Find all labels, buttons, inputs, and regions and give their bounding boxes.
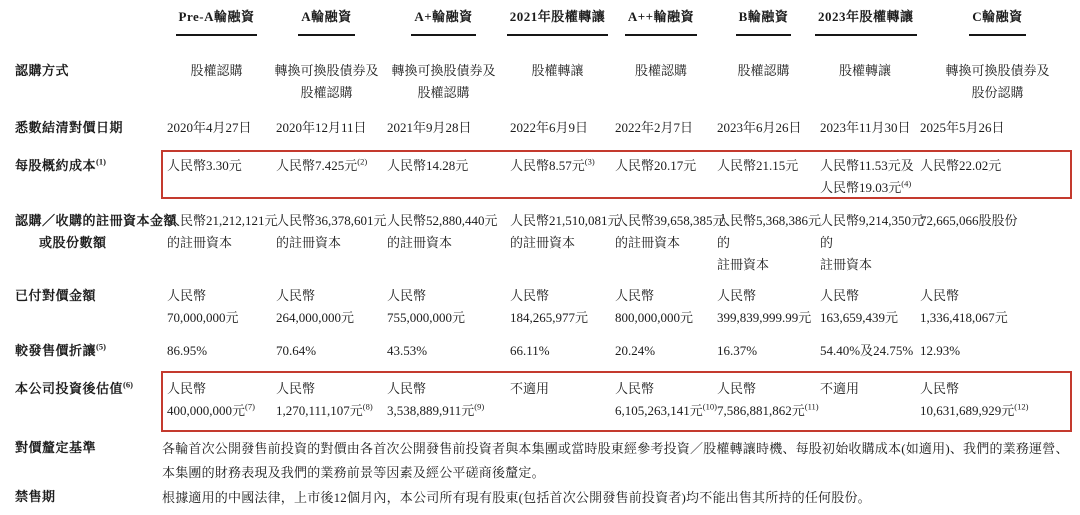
text-line: 800,000,000元	[615, 307, 712, 329]
column-header: 2023年股權轉讓	[815, 6, 915, 36]
text-line: 人民幣	[510, 285, 610, 307]
table-cell: 人民幣39,658,385元的註冊資本	[610, 210, 712, 254]
table-cell: 人民幣3.30元	[162, 155, 271, 177]
text-line: 66.11%	[510, 340, 610, 362]
text-line: 163,659,439元	[820, 307, 915, 329]
text-line: 股權認購	[162, 60, 271, 82]
column-header-label: 2023年股權轉讓	[815, 6, 917, 36]
text-line: 1,336,418,067元	[920, 307, 1080, 329]
text-line: 2020年12月11日	[276, 117, 382, 139]
text-line: 股權轉讓	[505, 60, 610, 82]
text-line: 2020年4月27日	[167, 117, 271, 139]
column-header: 2021年股權轉讓	[505, 6, 610, 36]
row-paragraph: 各輪首次公開發售前投資的對價由各首次公開發售前投資者與本集團或當時股東經參考投資…	[162, 437, 1079, 485]
footnote-marker: (1)	[96, 157, 106, 167]
column-header: Pre-A輪融資	[162, 6, 271, 36]
footnote-marker: (4)	[901, 179, 911, 189]
text-line: 72,665,066股股份	[920, 210, 1080, 232]
table-row: 禁售期根據適用的中國法律，上市後12個月內，本公司所有現有股東(包括首次公開發售…	[0, 486, 1080, 510]
text-line: 2021年9月28日	[387, 117, 505, 139]
text-line: 認購方式	[15, 60, 162, 82]
text-line: 人民幣	[276, 378, 382, 400]
column-header: A輪融資	[271, 6, 382, 36]
text-line: 的註冊資本	[615, 232, 712, 254]
text-line: 人民幣36,378,601元	[276, 210, 382, 232]
table-cell: 不適用	[505, 378, 610, 400]
footnote-marker: (8)	[363, 402, 373, 412]
text-line: 的註冊資本	[276, 232, 382, 254]
row-label: 認購／收購的註冊資本金額或股份數額	[0, 210, 162, 254]
column-header: A++輪融資	[610, 6, 712, 36]
text-line: 人民幣	[615, 285, 712, 307]
text-line: 禁售期	[15, 486, 162, 508]
row-label: 已付對價金額	[0, 285, 162, 307]
text-line: 2022年2月7日	[615, 117, 712, 139]
text-line: 70,000,000元	[167, 307, 271, 329]
footnote-marker: (3)	[585, 157, 595, 167]
column-header-label: C輪融資	[969, 6, 1025, 36]
table-cell: 股權轉讓	[505, 60, 610, 82]
table-cell: 2023年6月26日	[712, 117, 815, 139]
text-line: 較發售價折讓(5)	[15, 340, 162, 362]
row-label: 對價釐定基準	[0, 437, 162, 459]
table-cell: 人民幣7,586,881,862元(11)	[712, 378, 815, 422]
footnote-marker: (5)	[96, 342, 106, 352]
text-line: 的	[820, 232, 915, 254]
table-cell: 16.37%	[712, 340, 815, 362]
table-cell: 人民幣5,368,386元的註冊資本	[712, 210, 815, 276]
text-line: 不適用	[820, 378, 915, 400]
text-line: 264,000,000元	[276, 307, 382, 329]
table-row: 悉數結清對價日期2020年4月27日2020年12月11日2021年9月28日2…	[0, 117, 1080, 139]
table-row: 認購方式股權認購轉換可換股債券及股權認購轉換可換股債券及股權認購股權轉讓股權認購…	[0, 60, 1080, 104]
text-line: 人民幣	[717, 285, 815, 307]
text-line: 註冊資本	[820, 254, 915, 276]
text-line: 2023年6月26日	[717, 117, 815, 139]
text-line: 399,839,999.99元	[717, 307, 815, 329]
text-line: 人民幣	[167, 285, 271, 307]
table-cell: 人民幣11.53元及人民幣19.03元(4)	[815, 155, 915, 199]
text-line: 本公司投資後估值(6)	[15, 378, 162, 400]
table-cell: 人民幣21,510,081元的註冊資本	[505, 210, 610, 254]
text-line: 20.24%	[615, 340, 712, 362]
table-cell: 人民幣800,000,000元	[610, 285, 712, 329]
table-cell: 人民幣10,631,689,929元(12)	[915, 378, 1080, 422]
column-header: C輪融資	[915, 6, 1080, 36]
table-cell: 股權認購	[712, 60, 815, 82]
text-line: 人民幣19.03元(4)	[820, 177, 915, 199]
text-line: 轉換可換股債券及	[271, 60, 382, 82]
row-label: 禁售期	[0, 486, 162, 508]
table-row: 較發售價折讓(5)86.95%70.64%43.53%66.11%20.24%1…	[0, 340, 1080, 362]
footnote-marker: (9)	[474, 402, 484, 412]
text-line: 人民幣	[167, 378, 271, 400]
pre-ipo-investments-table: Pre-A輪融資A輪融資A+輪融資2021年股權轉讓A++輪融資B輪融資2023…	[0, 0, 1080, 515]
text-line: 人民幣3.30元	[167, 155, 271, 177]
table-cell: 人民幣8.57元(3)	[505, 155, 610, 177]
table-cell: 人民幣36,378,601元的註冊資本	[271, 210, 382, 254]
table-cell: 轉換可換股債券及股權認購	[382, 60, 505, 104]
text-line: 70.64%	[276, 340, 382, 362]
table-row: 已付對價金額人民幣70,000,000元人民幣264,000,000元人民幣75…	[0, 285, 1080, 329]
table-cell: 股權認購	[162, 60, 271, 82]
row-paragraph: 根據適用的中國法律，上市後12個月內，本公司所有現有股東(包括首次公開發售前投資…	[162, 486, 1079, 510]
text-line: 人民幣	[820, 285, 915, 307]
text-line: 人民幣	[920, 285, 1080, 307]
table-cell: 股權認購	[610, 60, 712, 82]
text-line: 人民幣	[920, 378, 1080, 400]
text-line: 人民幣21,510,081元	[510, 210, 610, 232]
text-line: 悉數結清對價日期	[15, 117, 162, 139]
text-line: 的	[717, 232, 815, 254]
table-cell: 人民幣1,270,111,107元(8)	[271, 378, 382, 422]
text-line: 12.93%	[920, 340, 1080, 362]
text-line: 股份認購	[915, 82, 1080, 104]
text-line: 對價釐定基準	[15, 437, 162, 459]
text-line: 轉換可換股債券及	[915, 60, 1080, 82]
text-line: 1,270,111,107元(8)	[276, 400, 382, 422]
table-cell: 70.64%	[271, 340, 382, 362]
row-label: 較發售價折讓(5)	[0, 340, 162, 362]
text-line: 10,631,689,929元(12)	[920, 400, 1080, 422]
row-label: 悉數結清對價日期	[0, 117, 162, 139]
table-cell: 人民幣163,659,439元	[815, 285, 915, 329]
text-line: 股權認購	[382, 82, 505, 104]
column-header-label: B輪融資	[736, 6, 792, 36]
table-cell: 轉換可換股債券及股份認購	[915, 60, 1080, 104]
footnote-marker: (7)	[245, 402, 255, 412]
text-line: 股權認購	[271, 82, 382, 104]
column-header-label: 2021年股權轉讓	[507, 6, 609, 36]
table-cell: 轉換可換股債券及股權認購	[271, 60, 382, 104]
text-line: 人民幣7.425元(2)	[276, 155, 382, 177]
text-line: 400,000,000元(7)	[167, 400, 271, 422]
text-line: 已付對價金額	[15, 285, 162, 307]
column-header-label: Pre-A輪融資	[176, 6, 258, 36]
table-cell: 86.95%	[162, 340, 271, 362]
column-header-label: A輪融資	[298, 6, 354, 36]
table-cell: 人民幣264,000,000元	[271, 285, 382, 329]
text-line: 43.53%	[387, 340, 505, 362]
row-label: 每股概約成本(1)	[0, 155, 162, 177]
column-header-label: A+輪融資	[411, 6, 475, 36]
text-line: 人民幣	[717, 378, 815, 400]
column-header: A+輪融資	[382, 6, 505, 36]
table-cell: 2020年12月11日	[271, 117, 382, 139]
row-label: 認購方式	[0, 60, 162, 82]
text-line: 人民幣20.17元	[615, 155, 712, 177]
table-cell: 人民幣1,336,418,067元	[915, 285, 1080, 329]
table-cell: 人民幣399,839,999.99元	[712, 285, 815, 329]
text-line: 2025年5月26日	[920, 117, 1080, 139]
table-cell: 2022年2月7日	[610, 117, 712, 139]
table-cell: 2025年5月26日	[915, 117, 1080, 139]
text-line: 人民幣39,658,385元	[615, 210, 712, 232]
footnote-marker: (6)	[123, 380, 133, 390]
table-cell: 66.11%	[505, 340, 610, 362]
text-line: 人民幣21.15元	[717, 155, 815, 177]
table-cell: 人民幣400,000,000元(7)	[162, 378, 271, 422]
table-cell: 人民幣3,538,889,911元(9)	[382, 378, 505, 422]
text-line: 755,000,000元	[387, 307, 505, 329]
column-header-label: A++輪融資	[625, 6, 697, 36]
text-line: 轉換可換股債券及	[382, 60, 505, 82]
table-cell: 不適用	[815, 378, 915, 400]
text-line: 人民幣14.28元	[387, 155, 505, 177]
table-cell: 人民幣7.425元(2)	[271, 155, 382, 177]
table-cell: 2020年4月27日	[162, 117, 271, 139]
footnote-marker: (2)	[357, 157, 367, 167]
text-line: 股權轉讓	[815, 60, 915, 82]
table-cell: 人民幣22.02元	[915, 155, 1080, 177]
table-row: 對價釐定基準各輪首次公開發售前投資的對價由各首次公開發售前投資者與本集團或當時股…	[0, 437, 1080, 485]
text-line: 人民幣	[387, 285, 505, 307]
text-line: 股權認購	[610, 60, 712, 82]
table-cell: 54.40%及24.75%	[815, 340, 915, 362]
table-cell: 人民幣70,000,000元	[162, 285, 271, 329]
text-line: 3,538,889,911元(9)	[387, 400, 505, 422]
table-cell: 人民幣14.28元	[382, 155, 505, 177]
text-line: 人民幣5,368,386元	[717, 210, 815, 232]
table-cell: 人民幣52,880,440元的註冊資本	[382, 210, 505, 254]
footnote-marker: (11)	[805, 402, 819, 412]
text-line: 註冊資本	[717, 254, 815, 276]
table-cell: 人民幣21,212,121元的註冊資本	[162, 210, 271, 254]
table-cell: 人民幣6,105,263,141元(10)	[610, 378, 712, 422]
table-cell: 12.93%	[915, 340, 1080, 362]
text-line: 的註冊資本	[510, 232, 610, 254]
text-line: 人民幣8.57元(3)	[510, 155, 610, 177]
text-line: 的註冊資本	[387, 232, 505, 254]
text-line: 2022年6月9日	[510, 117, 610, 139]
table-cell: 人民幣755,000,000元	[382, 285, 505, 329]
table-cell: 股權轉讓	[815, 60, 915, 82]
text-line: 人民幣22.02元	[920, 155, 1080, 177]
text-line: 7,586,881,862元(11)	[717, 400, 815, 422]
table-row: 認購／收購的註冊資本金額或股份數額人民幣21,212,121元的註冊資本人民幣3…	[0, 210, 1080, 276]
text-line: 或股份數額	[15, 232, 162, 254]
table-cell: 人民幣20.17元	[610, 155, 712, 177]
text-line: 人民幣11.53元及	[820, 155, 915, 177]
text-line: 16.37%	[717, 340, 815, 362]
text-line: 54.40%及24.75%	[820, 340, 915, 362]
table-cell: 2021年9月28日	[382, 117, 505, 139]
text-line: 的註冊資本	[167, 232, 271, 254]
text-line: 2023年11月30日	[820, 117, 915, 139]
text-line: 86.95%	[167, 340, 271, 362]
text-line: 人民幣	[615, 378, 712, 400]
table-row: 每股概約成本(1)人民幣3.30元人民幣7.425元(2)人民幣14.28元人民…	[0, 155, 1080, 199]
text-line: 認購／收購的註冊資本金額	[15, 210, 162, 232]
text-line: 人民幣	[276, 285, 382, 307]
table-cell: 43.53%	[382, 340, 505, 362]
text-line: 人民幣21,212,121元	[167, 210, 271, 232]
table-row: Pre-A輪融資A輪融資A+輪融資2021年股權轉讓A++輪融資B輪融資2023…	[0, 6, 1080, 36]
text-line: 人民幣	[387, 378, 505, 400]
text-line: 不適用	[510, 378, 610, 400]
text-line: 人民幣52,880,440元	[387, 210, 505, 232]
text-line: 股權認購	[712, 60, 815, 82]
table-cell: 人民幣184,265,977元	[505, 285, 610, 329]
text-line: 人民幣9,214,350元	[820, 210, 915, 232]
text-line: 184,265,977元	[510, 307, 610, 329]
table-cell: 2023年11月30日	[815, 117, 915, 139]
text-line: 6,105,263,141元(10)	[615, 400, 712, 422]
text-line: 每股概約成本(1)	[15, 155, 162, 177]
table-cell: 20.24%	[610, 340, 712, 362]
table-cell: 72,665,066股股份	[915, 210, 1080, 232]
footnote-marker: (12)	[1014, 402, 1028, 412]
column-header: B輪融資	[712, 6, 815, 36]
table-cell: 2022年6月9日	[505, 117, 610, 139]
table-row: 本公司投資後估值(6)人民幣400,000,000元(7)人民幣1,270,11…	[0, 378, 1080, 422]
row-label: 本公司投資後估值(6)	[0, 378, 162, 400]
table-cell: 人民幣9,214,350元的註冊資本	[815, 210, 915, 276]
table-cell: 人民幣21.15元	[712, 155, 815, 177]
